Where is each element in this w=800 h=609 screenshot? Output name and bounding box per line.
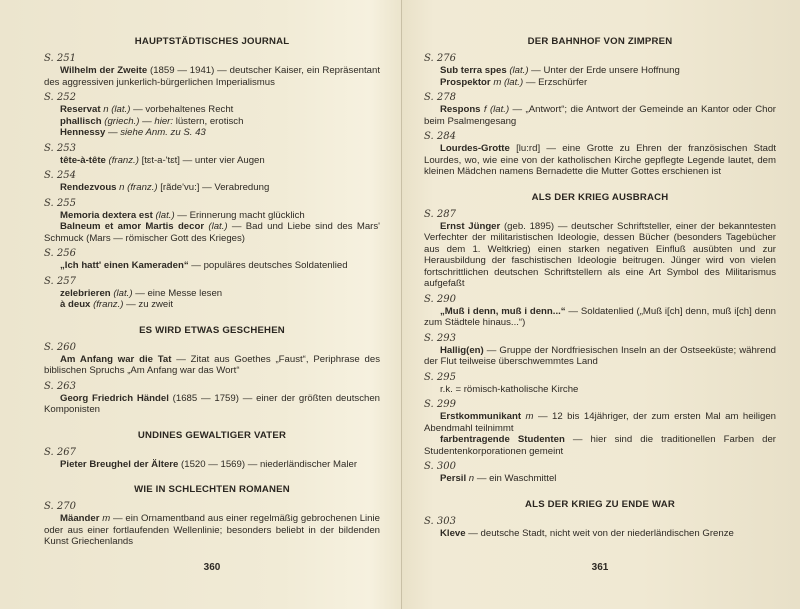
section-gap — [44, 474, 380, 484]
grammar-note: — siehe Anm. zu S. 43 — [105, 127, 205, 138]
annotation-term: Balneum et amor Martis decor — [60, 221, 204, 232]
section-heading: ALS DER KRIEG AUSBRACH — [424, 192, 776, 203]
annotation-line: Mäander m — ein Ornamentband aus einer r… — [44, 513, 380, 548]
annotation-term: „Muß i denn, muß i denn...“ — [440, 306, 566, 317]
page-reference: S. 260 — [44, 342, 380, 354]
annotation-term: Georg Friedrich Händel — [60, 393, 169, 404]
right-page: DER BAHNHOF VON ZIMPRENS. 276Sub terra s… — [402, 0, 800, 609]
annotation-line: zelebrieren (lat.) — eine Messe lesen — [44, 288, 380, 300]
annotation-entry: S. 256„Ich hatt' einen Kameraden“ — popu… — [44, 248, 380, 272]
page-reference: S. 267 — [44, 447, 380, 459]
annotation-line: farbentragende Studenten — hier sind die… — [424, 434, 776, 457]
annotation-line: Erstkommunikant m — 12 bis 14jähriger, d… — [424, 411, 776, 434]
annotation-entry: S. 252Reservat n (lat.) — vorbehaltenes … — [44, 92, 380, 139]
grammar-note: (lat.) — [111, 288, 133, 299]
page-reference: S. 253 — [44, 143, 380, 155]
annotation-text: — deutsche Stadt, nicht weit von der nie… — [466, 528, 734, 539]
grammar-note: n — [466, 473, 474, 484]
annotation-text: [rãde'vu:] — Verabredung — [158, 182, 270, 193]
annotation-line: Georg Friedrich Händel (1685 — 1759) — e… — [44, 393, 380, 416]
annotation-entry: S. 270Mäander m — ein Ornamentband aus e… — [44, 501, 380, 548]
annotation-term: Rendezvous — [60, 182, 117, 193]
page-number-left: 360 — [44, 562, 380, 573]
annotation-text: (1520 — 1569) — niederländischer Maler — [178, 459, 357, 470]
annotation-entry: S. 293Hallig(en) — Gruppe der Nordfriesi… — [424, 333, 776, 368]
page-reference: S. 303 — [424, 516, 776, 528]
annotation-line: Rendezvous n (franz.) [rãde'vu:] — Verab… — [44, 182, 380, 194]
right-page-content: DER BAHNHOF VON ZIMPRENS. 276Sub terra s… — [424, 36, 776, 539]
page-reference: S. 252 — [44, 92, 380, 104]
page-reference: S. 300 — [424, 461, 776, 473]
annotation-text: — Erinnerung macht glücklich — [175, 210, 305, 221]
annotation-entry: S. 263Georg Friedrich Händel (1685 — 175… — [44, 381, 380, 416]
annotation-entry: S. 267Pieter Breughel der Ältere (1520 —… — [44, 447, 380, 471]
section-heading: ALS DER KRIEG ZU ENDE WAR — [424, 499, 776, 510]
grammar-note: m — [521, 411, 533, 422]
section-gap — [44, 420, 380, 430]
page-reference: S. 276 — [424, 53, 776, 65]
grammar-note: n (franz.) — [117, 182, 158, 193]
page-reference: S. 278 — [424, 92, 776, 104]
annotation-term: Hennessy — [60, 127, 105, 138]
annotation-line: à deux (franz.) — zu zweit — [44, 299, 380, 311]
annotation-line: Pieter Breughel der Ältere (1520 — 1569)… — [44, 459, 380, 471]
annotation-term: Sub terra spes — [440, 65, 507, 76]
annotation-entry: S. 284Lourdes-Grotte [lu:rd] — eine Grot… — [424, 131, 776, 178]
annotation-line: r.k. = römisch-katholische Kirche — [424, 384, 776, 396]
annotation-entry: S. 251Wilhelm der Zweite (1859 — 1941) —… — [44, 53, 380, 88]
annotation-term: „Ich hatt' einen Kameraden“ — [60, 260, 189, 271]
grammar-note: m — [99, 513, 110, 524]
annotation-line: tête-à-tête (franz.) [tɛt-a-'tɛt] — unte… — [44, 155, 380, 167]
page-reference: S. 254 — [44, 170, 380, 182]
annotation-term: Pieter Breughel der Ältere — [60, 459, 178, 470]
page-number-right: 361 — [424, 562, 776, 573]
annotation-term: Hallig(en) — [440, 345, 484, 356]
grammar-note: f (lat.) — [481, 104, 510, 115]
annotation-text: lüstern, erotisch — [173, 116, 243, 127]
left-page: HAUPTSTÄDTISCHES JOURNALS. 251Wilhelm de… — [0, 0, 402, 609]
annotation-line: Ernst Jünger (geb. 1895) — deutscher Sch… — [424, 221, 776, 290]
page-reference: S. 290 — [424, 294, 776, 306]
grammar-note: m (lat.) — [491, 77, 524, 88]
grammar-note: (lat.) — [153, 210, 175, 221]
annotation-term: à deux — [60, 299, 90, 310]
page-reference: S. 293 — [424, 333, 776, 345]
annotation-line: Prospektor m (lat.) — Erzschürfer — [424, 77, 776, 89]
annotation-term: Reservat — [60, 104, 101, 115]
page-reference: S. 287 — [424, 209, 776, 221]
page-reference: S. 284 — [424, 131, 776, 143]
page-reference: S. 256 — [44, 248, 380, 260]
annotation-line: Lourdes-Grotte [lu:rd] — eine Grotte zu … — [424, 143, 776, 178]
annotation-entry: S. 255Memoria dextera est (lat.) — Erinn… — [44, 198, 380, 245]
annotation-term: Ernst Jünger — [440, 221, 500, 232]
annotation-line: Hennessy — siehe Anm. zu S. 43 — [44, 127, 380, 139]
left-page-content: HAUPTSTÄDTISCHES JOURNALS. 251Wilhelm de… — [44, 36, 380, 548]
annotation-entry: S. 276Sub terra spes (lat.) — Unter der … — [424, 53, 776, 88]
annotation-entry: S. 300Persil n — ein Waschmittel — [424, 461, 776, 485]
annotation-term: Mäander — [60, 513, 99, 524]
annotation-text: — Unter der Erde unsere Hoffnung — [529, 65, 680, 76]
annotation-term: Erstkommunikant — [440, 411, 521, 422]
annotation-term: Respons — [440, 104, 481, 115]
page-reference: S. 257 — [44, 276, 380, 288]
annotation-entry: S. 303Kleve — deutsche Stadt, nicht weit… — [424, 516, 776, 540]
grammar-note: (franz.) — [106, 155, 139, 166]
page-reference: S. 270 — [44, 501, 380, 513]
annotation-line: Hallig(en) — Gruppe der Nordfriesischen … — [424, 345, 776, 368]
section-heading: HAUPTSTÄDTISCHES JOURNAL — [44, 36, 380, 47]
annotation-line: Am Anfang war die Tat — Zitat aus Goethe… — [44, 354, 380, 377]
annotation-text: [tɛt-a-'tɛt] — unter vier Augen — [139, 155, 265, 166]
page-reference: S. 263 — [44, 381, 380, 393]
annotation-text: — ein Waschmittel — [474, 473, 556, 484]
annotation-entry: S. 290„Muß i denn, muß i denn...“ — Sold… — [424, 294, 776, 329]
annotation-entry: S. 295r.k. = römisch-katholische Kirche — [424, 372, 776, 396]
grammar-note: n (lat.) — [101, 104, 131, 115]
section-heading: UNDINES GEWALTIGER VATER — [44, 430, 380, 441]
annotation-line: Persil n — ein Waschmittel — [424, 473, 776, 485]
annotation-term: Wilhelm der Zweite — [60, 65, 147, 76]
section-gap — [44, 315, 380, 325]
annotation-line: phallisch (griech.) — hier: lüstern, ero… — [44, 116, 380, 128]
annotation-line: „Muß i denn, muß i denn...“ — Soldatenli… — [424, 306, 776, 329]
annotation-text: — populäres deutsches Soldatenlied — [189, 260, 348, 271]
annotation-line: Reservat n (lat.) — vorbehaltenes Recht — [44, 104, 380, 116]
annotation-term: Lourdes-Grotte — [440, 143, 510, 154]
annotation-entry: S. 254Rendezvous n (franz.) [rãde'vu:] —… — [44, 170, 380, 194]
page-reference: S. 295 — [424, 372, 776, 384]
annotation-term: phallisch — [60, 116, 102, 127]
grammar-note: (lat.) — [204, 221, 227, 232]
page-reference: S. 251 — [44, 53, 380, 65]
section-gap — [424, 182, 776, 192]
section-gap — [424, 489, 776, 499]
annotation-entry: S. 278Respons f (lat.) — „Antwort“; die … — [424, 92, 776, 127]
annotation-text: r.k. = römisch-katholische Kirche — [440, 384, 578, 395]
annotation-term: Prospektor — [440, 77, 491, 88]
book-spread: HAUPTSTÄDTISCHES JOURNALS. 251Wilhelm de… — [0, 0, 800, 609]
annotation-term: Am Anfang war die Tat — [60, 354, 171, 365]
annotation-line: Wilhelm der Zweite (1859 — 1941) — deuts… — [44, 65, 380, 88]
page-reference: S. 299 — [424, 399, 776, 411]
grammar-note: (franz.) — [90, 299, 123, 310]
section-heading: ES WIRD ETWAS GESCHEHEN — [44, 325, 380, 336]
annotation-line: Respons f (lat.) — „Antwort“; die Antwor… — [424, 104, 776, 127]
annotation-entry: S. 257zelebrieren (lat.) — eine Messe le… — [44, 276, 380, 311]
annotation-term: zelebrieren — [60, 288, 111, 299]
annotation-entry: S. 287Ernst Jünger (geb. 1895) — deutsch… — [424, 209, 776, 290]
annotation-text: — zu zweit — [123, 299, 173, 310]
annotation-term: Memoria dextera est — [60, 210, 153, 221]
annotation-term: farbentragende Studenten — [440, 434, 565, 445]
annotation-text: — eine Messe lesen — [133, 288, 223, 299]
section-heading: WIE IN SCHLECHTEN ROMANEN — [44, 484, 380, 495]
annotation-entry: S. 260Am Anfang war die Tat — Zitat aus … — [44, 342, 380, 377]
grammar-note: (griech.) — hier: — [102, 116, 173, 127]
section-heading: DER BAHNHOF VON ZIMPREN — [424, 36, 776, 47]
book-gutter — [401, 0, 402, 609]
annotation-line: „Ich hatt' einen Kameraden“ — populäres … — [44, 260, 380, 272]
annotation-text: — vorbehaltenes Recht — [130, 104, 233, 115]
annotation-line: Balneum et amor Martis decor (lat.) — Ba… — [44, 221, 380, 244]
annotation-entry: S. 299Erstkommunikant m — 12 bis 14jähri… — [424, 399, 776, 457]
annotation-line: Sub terra spes (lat.) — Unter der Erde u… — [424, 65, 776, 77]
grammar-note: (lat.) — [507, 65, 529, 76]
annotation-term: Persil — [440, 473, 466, 484]
annotation-term: Kleve — [440, 528, 466, 539]
annotation-line: Memoria dextera est (lat.) — Erinnerung … — [44, 210, 380, 222]
annotation-entry: S. 253tête-à-tête (franz.) [tɛt-a-'tɛt] … — [44, 143, 380, 167]
annotation-text: — Erzschürfer — [523, 77, 587, 88]
page-reference: S. 255 — [44, 198, 380, 210]
annotation-line: Kleve — deutsche Stadt, nicht weit von d… — [424, 528, 776, 540]
annotation-term: tête-à-tête — [60, 155, 106, 166]
